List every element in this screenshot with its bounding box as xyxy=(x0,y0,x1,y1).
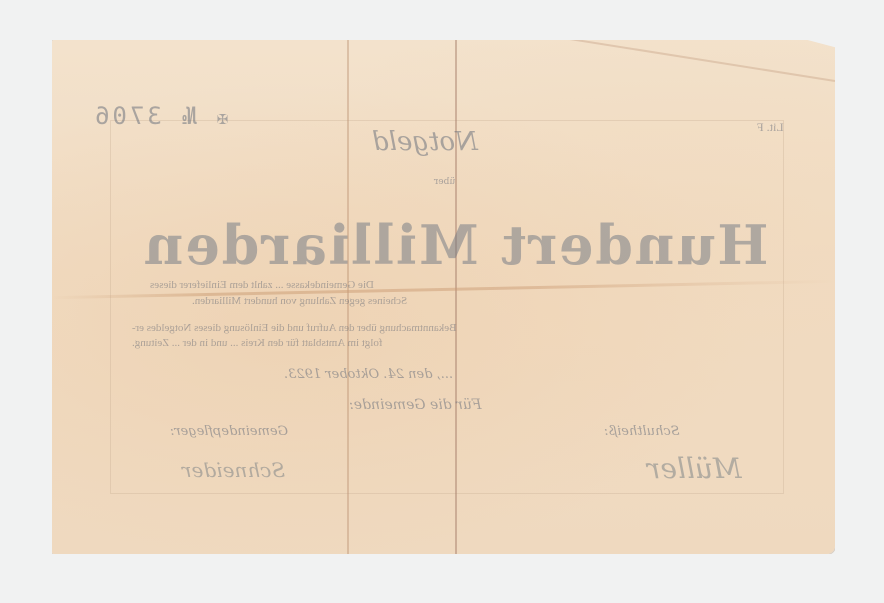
signature-right: Müller xyxy=(647,452,742,485)
note-subtitle: über xyxy=(434,177,455,187)
note-title: Notgeld xyxy=(372,127,478,157)
denomination: Hundert Milliarden xyxy=(142,213,769,277)
text-line: Bekanntmachung über den Aufruf und die E… xyxy=(132,322,457,334)
issuer-line: Für die Gemeinde: xyxy=(349,397,482,413)
text-line: folgt im Amtsblatt für den Kreis ... und… xyxy=(132,337,383,349)
issue-date: ..., den 24. Oktober 1923. xyxy=(284,367,453,382)
fold-line xyxy=(455,40,457,554)
series-label: Lit. F xyxy=(757,120,784,135)
signatory-role-right: Schultheiß: xyxy=(604,424,680,439)
signature-left: Schneider xyxy=(182,458,285,482)
banknote: ✠ № 3706 Lit. F Notgeld über Hundert Mil… xyxy=(52,40,835,554)
ornament-icon: ✠ xyxy=(214,108,228,129)
text-line: Die Gemeindekasse ... zahlt dem Einliefe… xyxy=(150,279,374,291)
serial-number: ✠ № 3706 xyxy=(92,102,228,130)
text-line: Scheines gegen Zahlung von hundert Milli… xyxy=(192,295,407,307)
crease-line xyxy=(539,40,835,82)
signatory-role-left: Gemeindepfleger: xyxy=(170,424,288,439)
